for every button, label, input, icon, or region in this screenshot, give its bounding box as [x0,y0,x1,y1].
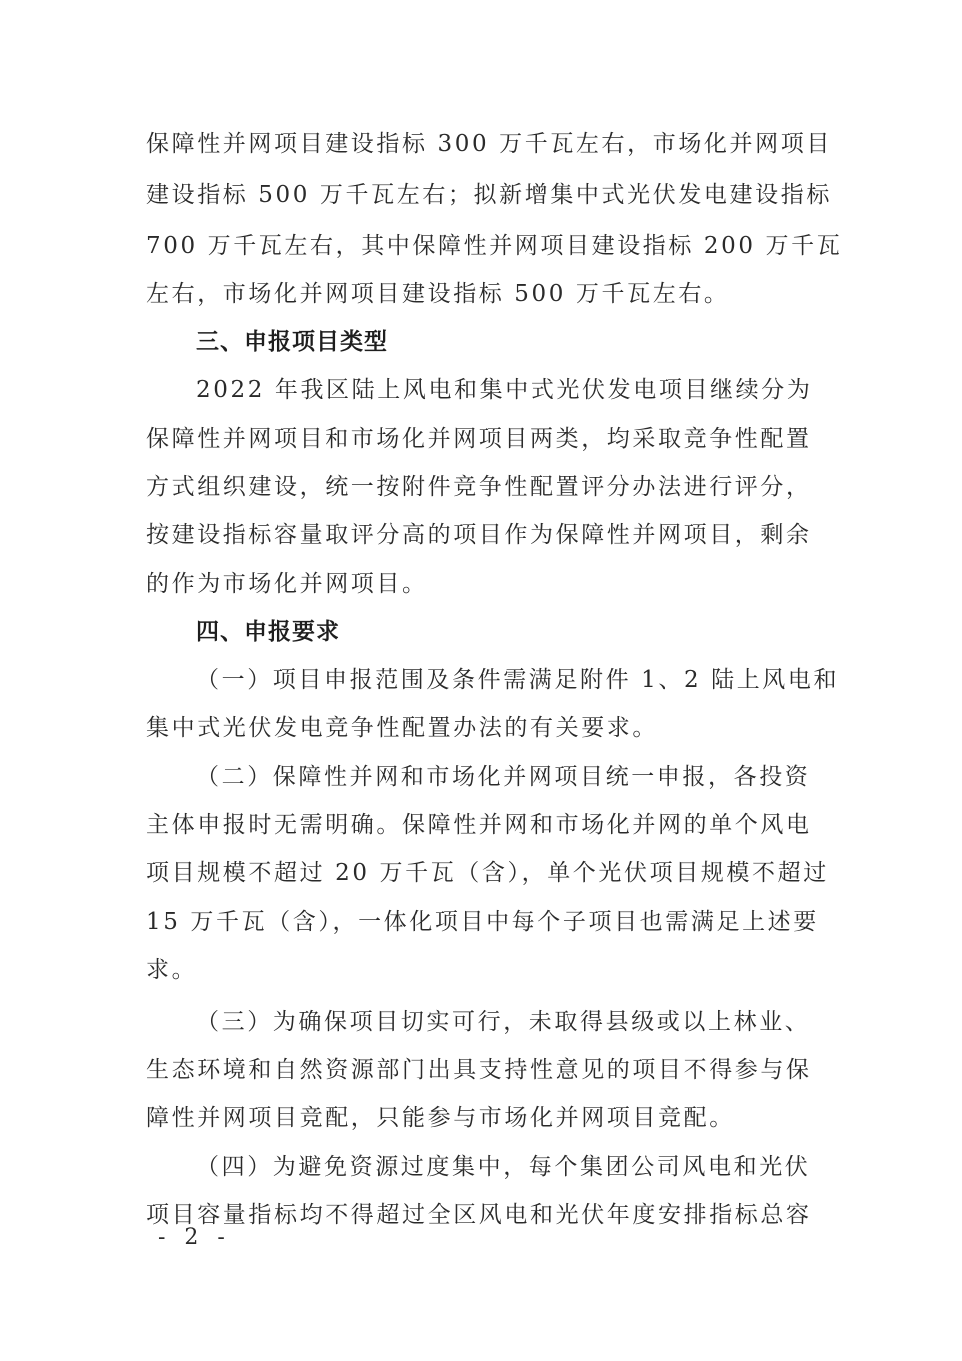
text-line: 生态环境和自然资源部门出具支持性意见的项目不得参与保 [146,1050,806,1090]
text-line: 障性并网项目竞配，只能参与市场化并网项目竞配。 [146,1098,806,1138]
text-line: 项目容量指标均不得超过全区风电和光伏年度安排指标总容 [146,1195,806,1235]
text-line: 保障性并网项目建设指标 300 万千瓦左右，市场化并网项目 [146,124,806,164]
text-line: 15 万千瓦（含），一体化项目中每个子项目也需满足上述要 [146,902,806,942]
text-line: 左右，市场化并网项目建设指标 500 万千瓦左右。 [146,274,806,314]
text-line: 方式组织建设，统一按附件竞争性配置评分办法进行评分， [146,467,806,507]
text-line: 的作为市场化并网项目。 [146,564,806,604]
text-line: （四）为避免资源过度集中，每个集团公司风电和光伏 [196,1147,806,1187]
text-line: 项目规模不超过 20 万千瓦（含），单个光伏项目规模不超过 [146,853,806,893]
text-line: 集中式光伏发电竞争性配置办法的有关要求。 [146,708,806,748]
text-line: 主体申报时无需明确。保障性并网和市场化并网的单个风电 [146,805,806,845]
text-line: （一）项目申报范围及条件需满足附件 1、2 陆上风电和 [196,660,806,700]
page-number: - 2 - [158,1223,231,1253]
text-line: （二）保障性并网和市场化并网项目统一申报，各投资 [196,757,806,797]
text-line: （三）为确保项目切实可行，未取得县级或以上林业、 [196,1002,806,1042]
text-line: 700 万千瓦左右，其中保障性并网项目建设指标 200 万千瓦 [146,226,806,266]
text-line: 按建设指标容量取评分高的项目作为保障性并网项目，剩余 [146,515,806,555]
text-line: 保障性并网项目和市场化并网项目两类，均采取竞争性配置 [146,419,806,459]
text-line: 建设指标 500 万千瓦左右；拟新增集中式光伏发电建设指标 [146,175,806,215]
text-line: 求。 [146,950,806,990]
section-heading-3: 三、申报项目类型 [196,322,596,362]
document-page: 保障性并网项目建设指标 300 万千瓦左右，市场化并网项目 建设指标 500 万… [0,0,962,1361]
text-line: 2022 年我区陆上风电和集中式光伏发电项目继续分为 [196,370,806,410]
section-heading-4: 四、申报要求 [196,612,596,652]
